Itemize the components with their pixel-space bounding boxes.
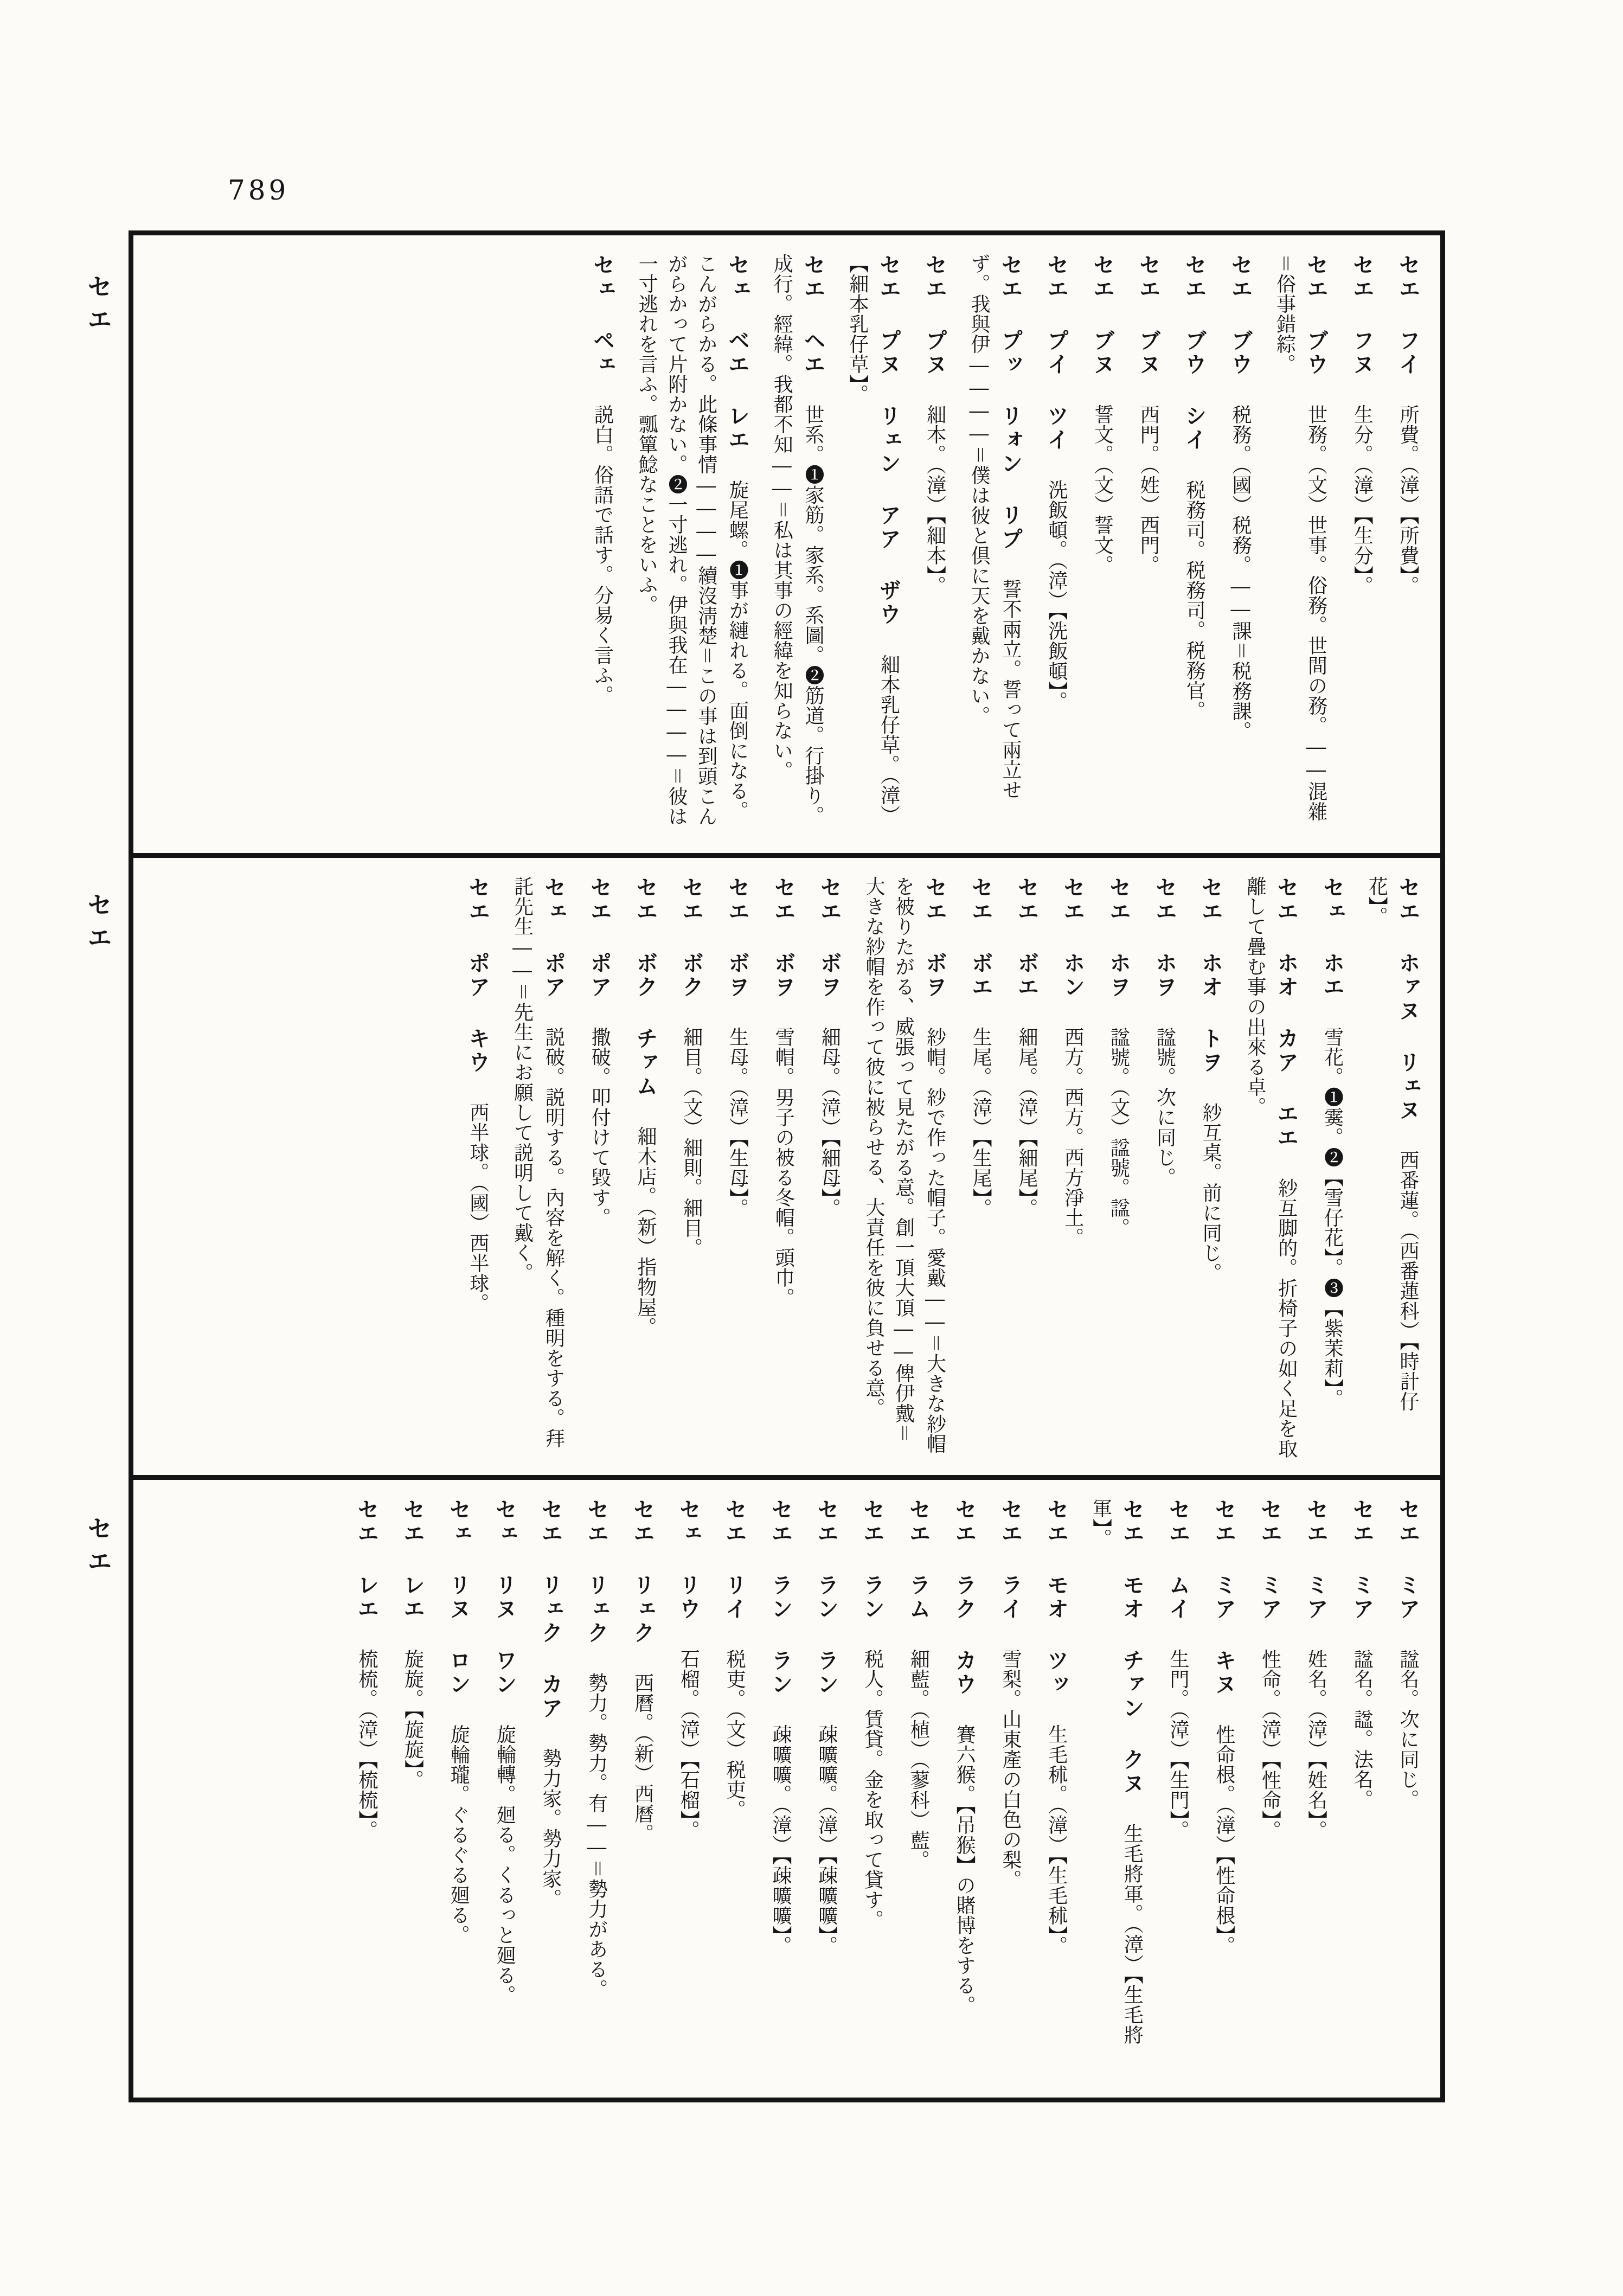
entry-definition: 姓名。（漳）【姓名】。 bbox=[1305, 1649, 1327, 1840]
entry-headword: セェ リヌ ロン bbox=[446, 1498, 471, 1724]
entry-headword: セエ ブウ bbox=[1303, 254, 1329, 405]
entry-headword: セエ ライ bbox=[998, 1498, 1023, 1649]
entry-headword: セエ ブヌ bbox=[1136, 254, 1161, 405]
dict-entry: セェ ホエ雪花。❶霙。❷【雪仔花】。❸【紫茉莉】。 bbox=[1316, 876, 1349, 1459]
entry-definition: 生毛秫。（漳）【生毛秫】。 bbox=[1045, 1724, 1068, 1956]
dict-entry: セエ プヌ リェン アア ザウ細本乳仔草。（漳）【細本乳仔草】。 bbox=[842, 254, 905, 837]
dict-entry: セエ ボク細目。（文）細則。細目。 bbox=[675, 876, 708, 1459]
dict-entry: セエ ラク カウ賽六猴。【吊猴】の賭博をする。 bbox=[947, 1498, 980, 2081]
thumb-index-label-middle: セエ bbox=[80, 892, 116, 957]
entry-headword: セエ フヌ bbox=[1349, 254, 1375, 405]
entry-definition: 雪花。❶霙。❷【雪仔花】。❸【紫茉莉】。 bbox=[1321, 1027, 1343, 1409]
entry-headword: セエ ラム bbox=[906, 1498, 931, 1649]
entry-headword: セエ プイ ツイ bbox=[1044, 254, 1069, 480]
dict-entry: セエ ボヲ細母。（漳）【細母】。 bbox=[812, 876, 845, 1459]
entry-definition: 梳梳。（漳）【梳梳】。 bbox=[356, 1649, 378, 1840]
thumb-index-label-top: セエ bbox=[80, 274, 116, 339]
dict-entry: セエ ラン ラン疎曠曠。（漳）【疎曠曠】。 bbox=[764, 1498, 797, 2081]
entry-headword: セエ ボク bbox=[679, 876, 704, 1027]
dict-entry: セェ リヌ ロン旋輪瓏。ぐるぐる廻る。 bbox=[442, 1498, 475, 2081]
entry-definition: 石榴。（漳）【石榴】。 bbox=[677, 1649, 700, 1840]
dict-entry: セエ ブウ税務。（國）税務。――課＝税務課。 bbox=[1223, 254, 1256, 837]
entry-definition: 所費。（漳）【所費】。 bbox=[1397, 405, 1419, 596]
dict-entry: セエ ムイ生門。（漳）【生門】。 bbox=[1161, 1498, 1194, 2081]
entry-headword: セエ ボヲ bbox=[817, 876, 842, 1027]
entry-headword: セエ ラク カウ bbox=[952, 1498, 977, 1724]
dict-entry: セエ フヌ生分。（漳）【生分】。 bbox=[1345, 254, 1378, 837]
dict-entry: セエ モオ チァン クヌ生毛將軍。（漳）【生毛將軍】。 bbox=[1086, 1498, 1149, 2081]
dict-entry: セエ ミア キヌ性命根。（漳）【性命根】。 bbox=[1207, 1498, 1240, 2081]
thumb-index-label-bottom: セエ bbox=[80, 1516, 116, 1581]
entry-headword: セエ ラン ラン bbox=[814, 1498, 839, 1724]
entry-headword: セエ プヌ bbox=[922, 254, 947, 405]
entry-headword: セエ ホオ トヲ bbox=[1198, 876, 1223, 1102]
dict-entry: セエ ボエ生尾。（漳）【生尾】。 bbox=[964, 876, 997, 1459]
entry-definition: 雪帽。男子の被る冬帽。頭巾。 bbox=[772, 1027, 794, 1308]
entry-headword: セエ ボヲ bbox=[771, 876, 796, 1027]
entry-definition: 諡名。次に同じ。 bbox=[1397, 1649, 1419, 1810]
entry-headword: セエ フイ bbox=[1395, 254, 1421, 405]
dict-entry: セエ プヌ細本。（漳）【細本】。 bbox=[918, 254, 951, 837]
dict-entry: セェ ポア説破。説明する。內容を解く。種明をする。拜託先生――＝先生にお願して説… bbox=[507, 876, 570, 1459]
dict-entry: セエ ボク チァム細木店。（新）指物屋。 bbox=[628, 876, 662, 1459]
entry-headword: セエ ボエ bbox=[1014, 876, 1040, 1027]
entry-headword: セエ ミア bbox=[1349, 1498, 1375, 1649]
dict-entry: セエ ブヌ誓文。（文）誓文。 bbox=[1086, 254, 1119, 837]
entry-definition: 西半球。（國）西半球。 bbox=[467, 1102, 489, 1313]
dict-entry: セエ ホン西方。西方。西方淨土。 bbox=[1056, 876, 1089, 1459]
entry-headword: セエ ポア bbox=[587, 876, 612, 1027]
dict-entry: セエ ミア諡名。諡。法名。 bbox=[1345, 1498, 1378, 2081]
entry-definition: 諡號。次に同じ。 bbox=[1153, 1027, 1176, 1188]
dict-entry: セェ ベエ レエ旋尾螺。❶事が縺れる。面倒になる。こんがらかる。此條事情――――… bbox=[632, 254, 754, 837]
entry-definition: 西門。（姓）西門。 bbox=[1137, 405, 1159, 575]
dict-entry: セエ レエ梳梳。（漳）【梳梳】。 bbox=[350, 1498, 383, 2081]
entry-definition: 細母。（漳）【細母】。 bbox=[818, 1027, 841, 1218]
entry-headword: セエ ボヲ bbox=[922, 876, 947, 1027]
dict-entry: セエ リェク カア勢力家。勢力家。 bbox=[534, 1498, 567, 2081]
dictionary-section-middle: セエ ホァヌ リェヌ西番蓮。（西番蓮科）【時計仔花】。 セェ ホエ雪花。❶霙。❷… bbox=[133, 858, 1440, 1480]
entry-headword: セエ ボヲ bbox=[725, 876, 750, 1027]
entry-headword: セエ ミア bbox=[1258, 1498, 1283, 1649]
entry-definition: 勢力家。勢力家。 bbox=[540, 1748, 562, 1909]
entry-headword: セエ ラン bbox=[860, 1498, 886, 1649]
entry-headword: セェ ポア bbox=[541, 876, 566, 1027]
dict-entry: セエ ミア性命。（漳）【性命】。 bbox=[1253, 1498, 1286, 2081]
entry-headword: セエ ポア キウ bbox=[465, 876, 491, 1102]
entry-definition: 性命根。（漳）【性命根】。 bbox=[1213, 1724, 1235, 1956]
dictionary-section-top: セエ フイ所費。（漳）【所費】。 セエ フヌ生分。（漳）【生分】。 セエ ブウ世… bbox=[133, 235, 1440, 858]
entry-definition: 細木店。（新）指物屋。 bbox=[634, 1126, 657, 1337]
entry-definition: 旋輪瓏。ぐるぐる廻る。 bbox=[447, 1724, 470, 1945]
dict-entry: セエ レエ旋旋。【旋旋】。 bbox=[396, 1498, 429, 2081]
dict-entry: セエ ホオ トヲ紗互桌。前に同じ。 bbox=[1194, 876, 1227, 1459]
dict-entry: セエ ボヲ雪帽。男子の被る冬帽。頭巾。 bbox=[767, 876, 800, 1459]
entry-headword: セエ ホァヌ リェヌ bbox=[1395, 876, 1421, 1150]
dict-entry: セエ リイ税吏。（文）税吏。 bbox=[717, 1498, 750, 2081]
dict-entry: セエ リェク勢力。勢力。有――＝勢力がある。 bbox=[580, 1498, 613, 2081]
entry-headword: セエ ミア キヌ bbox=[1211, 1498, 1237, 1724]
entry-definition: 洗飯頓。（漳）【洗飯頓】。 bbox=[1045, 480, 1068, 711]
dict-entry: セエ ブヌ西門。（姓）西門。 bbox=[1132, 254, 1165, 837]
dict-entry: セエ ボヲ生母。（漳）【生母】。 bbox=[721, 876, 754, 1459]
entry-headword: セエ ホヲ bbox=[1152, 876, 1177, 1027]
entry-headword: セエ モオ チァン クヌ bbox=[1119, 1498, 1145, 1824]
entry-headword: セエ プッ リォン リプ bbox=[998, 254, 1023, 579]
entry-headword: セエ ミア bbox=[1303, 1498, 1329, 1649]
dict-entry: セエ ラム細藍。（植）（蓼科）藍。 bbox=[902, 1498, 935, 2081]
entry-headword: セエ ブウ bbox=[1228, 254, 1253, 405]
entry-definition: 旋旋。【旋旋】。 bbox=[402, 1649, 424, 1790]
entry-headword: セエ モオ ツッ bbox=[1044, 1498, 1069, 1724]
entry-headword: セエ リイ bbox=[722, 1498, 747, 1649]
dict-entry: セエ ボヲ紗帽。紗で作った帽子。愛戴――＝大きな紗帽を被りたがる、威張って見たが… bbox=[858, 876, 951, 1459]
entry-definition: 生母。（漳）【生母】。 bbox=[727, 1027, 749, 1218]
dict-entry: セエ プイ ツイ洗飯頓。（漳）【洗飯頓】。 bbox=[1040, 254, 1073, 837]
entry-definition: 生尾。（漳）【生尾】。 bbox=[970, 1027, 992, 1218]
dict-entry: セエ ホァヌ リェヌ西番蓮。（西番蓮科）【時計仔花】。 bbox=[1361, 876, 1424, 1459]
entry-headword: セエ ムイ bbox=[1165, 1498, 1191, 1649]
entry-definition: 細尾。（漳）【細尾】。 bbox=[1016, 1027, 1038, 1218]
dict-entry: セエ ミア姓名。（漳）【姓名】。 bbox=[1299, 1498, 1332, 2081]
dict-entry: セエ ブウ シイ税務司。税務司。税務官。 bbox=[1177, 254, 1210, 837]
entry-definition: 細本。（漳）【細本】。 bbox=[923, 405, 946, 596]
entry-definition: 勢力。勢力。有――＝勢力がある。 bbox=[586, 1673, 608, 1999]
dict-entry: セエ ポア キウ西半球。（國）西半球。 bbox=[461, 876, 494, 1459]
entry-definition: 疎曠曠。（漳）【疎曠曠】。 bbox=[816, 1724, 838, 1956]
entry-definition: 西曆。（新）西曆。 bbox=[632, 1673, 654, 1844]
entry-headword: セエ ブヌ bbox=[1090, 254, 1115, 405]
entry-headword: セエ ホン bbox=[1060, 876, 1086, 1027]
entry-definition: 生門。（漳）【生門】。 bbox=[1167, 1649, 1189, 1840]
entry-definition: 西方。西方。西方淨土。 bbox=[1062, 1027, 1084, 1248]
entry-definition: 細藍。（植）（蓼科）藍。 bbox=[907, 1649, 929, 1870]
dict-entry: セエ ラン税人。賃貸。金を取って貸す。 bbox=[856, 1498, 889, 2081]
entry-headword: セェ リヌ ワン bbox=[492, 1498, 517, 1724]
entry-headword: セエ ボエ bbox=[968, 876, 993, 1027]
entry-definition: 生分。（漳）【生分】。 bbox=[1351, 405, 1373, 596]
dict-entry: セエ ホオ カア エエ紗互脚的。折椅子の如く足を取離して疊む事の出來る卓。 bbox=[1240, 876, 1303, 1459]
entry-definition: 撒破。叩付けて毀す。 bbox=[588, 1027, 611, 1228]
entry-definition: 諡名。諡。法名。 bbox=[1351, 1649, 1373, 1810]
entry-definition: 性命。（漳）【性命】。 bbox=[1259, 1649, 1281, 1840]
dict-entry: セエ モオ ツッ生毛秫。（漳）【生毛秫】。 bbox=[1040, 1498, 1073, 2081]
entry-headword: セェ ベエ レエ bbox=[725, 254, 750, 480]
entry-definition: 諡號。（文）諡號。諡。 bbox=[1108, 1027, 1130, 1238]
entry-headword: セエ レエ bbox=[400, 1498, 426, 1649]
entry-definition: 税務司。税務司。税務官。 bbox=[1183, 480, 1205, 721]
dict-entry: セエ ラン ラン疎曠曠。（漳）【疎曠曠】。 bbox=[810, 1498, 843, 2081]
entry-headword: セエ ヘエ bbox=[800, 254, 826, 405]
entry-headword: セエ リェク カア bbox=[538, 1498, 563, 1748]
entry-headword: セェ ホエ bbox=[1319, 876, 1345, 1027]
dict-entry: セエ リェク西曆。（新）西曆。 bbox=[626, 1498, 659, 2081]
entry-headword: セエ プヌ リェン アア ザウ bbox=[876, 254, 902, 655]
dict-entry: セエ ヘエ世系。❶家筋。家系。系圖。❷筋道。行掛り。成行。經緯。我都不知――＝私… bbox=[767, 254, 830, 837]
page-number: 789 bbox=[228, 175, 289, 206]
dict-entry: セエ ライ雪梨。山東產の白色の梨。 bbox=[993, 1498, 1027, 2081]
entry-headword: セエ レエ bbox=[354, 1498, 380, 1649]
entry-headword: セエ ホヲ bbox=[1106, 876, 1132, 1027]
entry-definition: 賽六猴。【吊猴】の賭博をする。 bbox=[953, 1724, 976, 2016]
entry-definition: 税吏。（文）税吏。 bbox=[723, 1649, 746, 1820]
entry-headword: セエ リェク bbox=[584, 1498, 610, 1673]
entry-definition: 説白。俗語で話す。分易く言ふ。 bbox=[592, 405, 614, 706]
entry-headword: セエ ラン ラン bbox=[768, 1498, 793, 1724]
entry-headword: セェ リウ bbox=[676, 1498, 701, 1649]
dictionary-section-bottom: セエ ミア諡名。次に同じ。 セエ ミア諡名。諡。法名。 セエ ミア姓名。（漳）【… bbox=[133, 1480, 1440, 2098]
dict-entry: セエ フイ所費。（漳）【所費】。 bbox=[1391, 254, 1424, 837]
entry-definition: 紗互桌。前に同じ。 bbox=[1199, 1102, 1222, 1283]
entry-definition: 税人。賃貸。金を取って貸す。 bbox=[862, 1649, 884, 1930]
entry-definition: 疎曠曠。（漳）【疎曠曠】。 bbox=[769, 1724, 792, 1956]
entry-definition: 誓文。（文）誓文。 bbox=[1092, 405, 1114, 575]
entry-definition: 雪梨。山東產の白色の梨。 bbox=[999, 1649, 1022, 1890]
entry-headword: セェ ペェ bbox=[590, 254, 615, 405]
dict-entry: セェ リウ石榴。（漳）【石榴】。 bbox=[672, 1498, 705, 2081]
dict-entry: セエ ブウ世務。（文）世事。俗務。世間の務。――混雜＝俗事錯綜。 bbox=[1269, 254, 1332, 837]
dict-entry: セエ ホヲ諡號。次に同じ。 bbox=[1148, 876, 1181, 1459]
dict-entry: セエ ホヲ諡號。（文）諡號。諡。 bbox=[1102, 876, 1135, 1459]
entry-headword: セエ ブウ シイ bbox=[1182, 254, 1207, 480]
entry-headword: セエ ミア bbox=[1395, 1498, 1421, 1649]
entry-definition: 細目。（文）細則。細目。 bbox=[681, 1027, 703, 1258]
entry-headword: セエ リェク bbox=[630, 1498, 656, 1673]
dict-entry: セエ プッ リォン リプ誓不兩立。誓って兩立せず。我與伊――――＝僕は彼と倶に天… bbox=[964, 254, 1027, 837]
entry-definition: 旋輪轉。廻る。くるっと廻る。 bbox=[493, 1724, 516, 2005]
dictionary-page-scan: 789 セエ セエ セエ セエ フイ所費。（漳）【所費】。 セエ フヌ生分。（漳… bbox=[0, 0, 1623, 2296]
dict-entry: セエ ボエ細尾。（漳）【細尾】。 bbox=[1010, 876, 1043, 1459]
entry-definition: 税務。（國）税務。――課＝税務課。 bbox=[1229, 405, 1252, 741]
entry-headword: セエ ボク チァム bbox=[633, 876, 658, 1126]
dict-entry: セェ リヌ ワン旋輪轉。廻る。くるっと廻る。 bbox=[487, 1498, 521, 2081]
content-frame: セエ フイ所費。（漳）【所費】。 セエ フヌ生分。（漳）【生分】。 セエ ブウ世… bbox=[129, 230, 1445, 2102]
dict-entry: セエ ミア諡名。次に同じ。 bbox=[1391, 1498, 1424, 2081]
entry-headword: セエ ホオ カア エエ bbox=[1274, 876, 1299, 1178]
dict-entry: セェ ペェ説白。俗語で話す。分易く言ふ。 bbox=[586, 254, 619, 837]
dict-entry: セエ ポア撒破。叩付けて毀す。 bbox=[582, 876, 615, 1459]
